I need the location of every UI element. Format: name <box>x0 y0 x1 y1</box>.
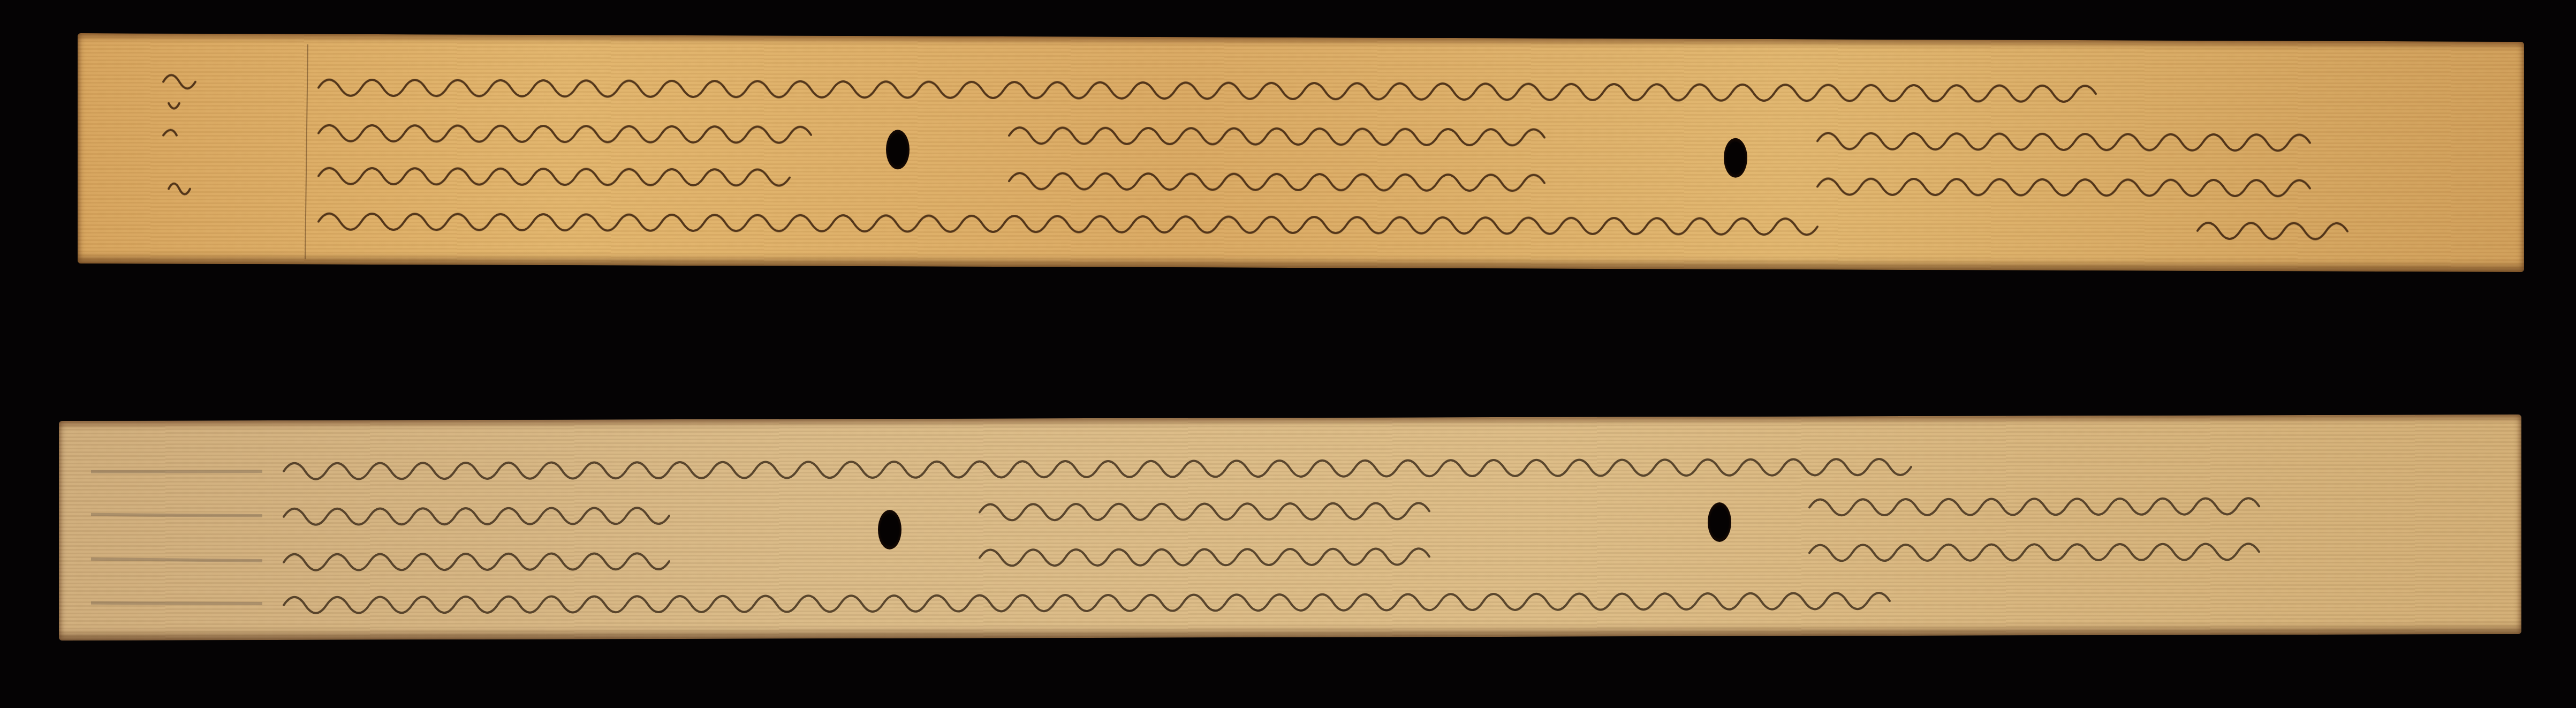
palm-leaf-top <box>78 33 2524 272</box>
handwritten-text-top <box>78 33 2524 272</box>
handwritten-text-bottom <box>59 415 2521 641</box>
palm-leaf-bottom <box>59 415 2521 641</box>
